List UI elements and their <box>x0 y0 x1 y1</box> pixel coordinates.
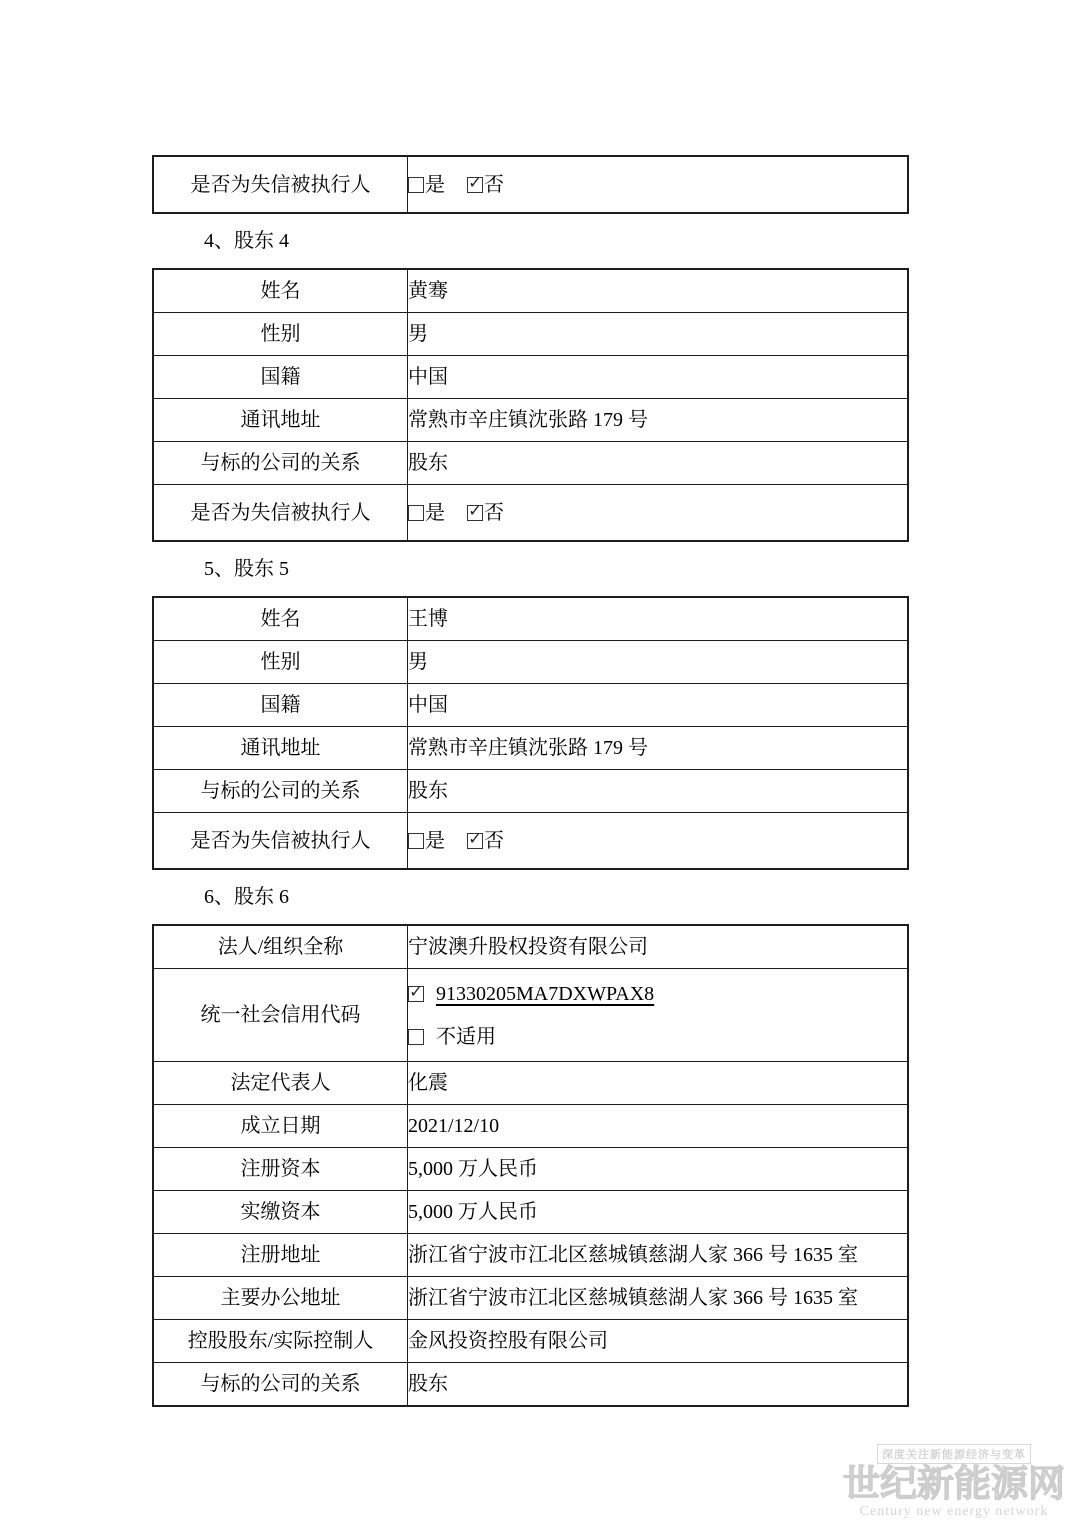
row-value: 男 <box>408 313 909 356</box>
row-label: 实缴资本 <box>153 1191 408 1234</box>
table-row: 主要办公地址浙江省宁波市江北区慈城镇慈湖人家 366 号 1635 室 <box>153 1277 908 1320</box>
row-label: 性别 <box>153 313 408 356</box>
row-label: 成立日期 <box>153 1105 408 1148</box>
row-label: 姓名 <box>153 269 408 313</box>
row-label: 与标的公司的关系 <box>153 442 408 485</box>
row-label: 姓名 <box>153 597 408 641</box>
row-value-text: 股东 <box>408 1373 448 1395</box>
watermark-subtitle: Century new energy network <box>840 1504 1068 1520</box>
row-value: 股东 <box>408 442 909 485</box>
row-label: 是否为失信被执行人 <box>153 813 408 870</box>
table-row: 是否为失信被执行人是否 <box>153 156 908 213</box>
document-content: 是否为失信被执行人是否 4、股东 4姓名黄骞性别男国籍中国通讯地址常熟市辛庄镇沈… <box>152 155 909 1407</box>
table-row: 注册地址浙江省宁波市江北区慈城镇慈湖人家 366 号 1635 室 <box>153 1234 908 1277</box>
shareholder-table: 法人/组织全称宁波澳升股权投资有限公司统一社会信用代码91330205MA7DX… <box>152 924 909 1407</box>
checkbox-option: 是 <box>408 828 445 854</box>
row-value-text: 男 <box>408 323 428 345</box>
checkbox-option: 否 <box>467 828 504 854</box>
row-value: 是否 <box>408 156 909 213</box>
row-label: 性别 <box>153 641 408 684</box>
row-label: 国籍 <box>153 356 408 399</box>
table-row: 实缴资本5,000 万人民币 <box>153 1191 908 1234</box>
row-value: 股东 <box>408 770 909 813</box>
row-value-text: 常熟市辛庄镇沈张路 179 号 <box>408 737 648 759</box>
table-row: 国籍中国 <box>153 356 908 399</box>
continued-table-body: 是否为失信被执行人是否 <box>153 156 908 213</box>
table-row: 与标的公司的关系股东 <box>153 442 908 485</box>
shareholder-table-body: 法人/组织全称宁波澳升股权投资有限公司统一社会信用代码91330205MA7DX… <box>153 925 908 1406</box>
checkbox-option-lines: 91330205MA7DXWPAX8不适用 <box>408 975 907 1056</box>
row-label: 统一社会信用代码 <box>153 969 408 1062</box>
row-label: 与标的公司的关系 <box>153 770 408 813</box>
row-value-text: 常熟市辛庄镇沈张路 179 号 <box>408 409 648 431</box>
checkbox-option: 是 <box>408 500 445 526</box>
checkbox-checked-icon <box>467 177 483 193</box>
watermark: 深度关注新能源经济与变革 世纪新能源网 Century new energy n… <box>840 1444 1068 1520</box>
row-value-text: 男 <box>408 651 428 673</box>
checkbox-option: 否 <box>467 172 504 198</box>
row-value: 2021/12/10 <box>408 1105 909 1148</box>
table-row: 控股股东/实际控制人金风投资控股有限公司 <box>153 1320 908 1363</box>
checkbox-unchecked-icon <box>408 833 424 849</box>
row-label: 通讯地址 <box>153 399 408 442</box>
table-row: 性别男 <box>153 313 908 356</box>
table-row: 与标的公司的关系股东 <box>153 1363 908 1407</box>
row-value-text: 金风投资控股有限公司 <box>408 1330 608 1352</box>
watermark-title: 世纪新能源网 <box>840 1466 1068 1504</box>
checkbox-option: 否 <box>467 500 504 526</box>
row-value-text: 2021/12/10 <box>408 1115 499 1137</box>
checkbox-option-label: 否 <box>484 500 504 526</box>
shareholder-table-body: 姓名王博性别男国籍中国通讯地址常熟市辛庄镇沈张路 179 号与标的公司的关系股东… <box>153 597 908 869</box>
row-value-text: 5,000 万人民币 <box>408 1158 538 1180</box>
shareholder-table: 姓名王博性别男国籍中国通讯地址常熟市辛庄镇沈张路 179 号与标的公司的关系股东… <box>152 596 909 870</box>
row-value: 是否 <box>408 485 909 542</box>
checkbox-unchecked-icon <box>408 505 424 521</box>
checkbox-options: 是否 <box>408 172 907 198</box>
checkbox-option-label: 否 <box>484 828 504 854</box>
row-value: 浙江省宁波市江北区慈城镇慈湖人家 366 号 1635 室 <box>408 1234 909 1277</box>
table-row: 与标的公司的关系股东 <box>153 770 908 813</box>
checkbox-option-line: 不适用 <box>408 1024 907 1050</box>
row-value: 股东 <box>408 1363 909 1407</box>
row-label: 是否为失信被执行人 <box>153 156 408 213</box>
row-value-text: 浙江省宁波市江北区慈城镇慈湖人家 366 号 1635 室 <box>408 1287 858 1309</box>
checkbox-checked-icon <box>408 986 424 1002</box>
checkbox-option-label: 否 <box>484 172 504 198</box>
row-value-text: 黄骞 <box>408 280 448 302</box>
watermark-tagline: 深度关注新能源经济与变革 <box>877 1444 1031 1464</box>
row-value-text: 中国 <box>408 366 448 388</box>
sections-container: 4、股东 4姓名黄骞性别男国籍中国通讯地址常熟市辛庄镇沈张路 179 号与标的公… <box>152 229 909 1407</box>
row-label: 国籍 <box>153 684 408 727</box>
table-row: 注册资本5,000 万人民币 <box>153 1148 908 1191</box>
row-label: 注册地址 <box>153 1234 408 1277</box>
checkbox-option: 是 <box>408 172 445 198</box>
row-label: 注册资本 <box>153 1148 408 1191</box>
document-page: 是否为失信被执行人是否 4、股东 4姓名黄骞性别男国籍中国通讯地址常熟市辛庄镇沈… <box>0 0 1080 1524</box>
row-value: 中国 <box>408 356 909 399</box>
table-row: 是否为失信被执行人是否 <box>153 485 908 542</box>
row-value-text: 股东 <box>408 780 448 802</box>
checkbox-checked-icon <box>467 833 483 849</box>
row-value-text: 王博 <box>408 608 448 630</box>
table-row: 性别男 <box>153 641 908 684</box>
row-value: 黄骞 <box>408 269 909 313</box>
row-value-text: 宁波澳升股权投资有限公司 <box>408 936 648 958</box>
row-label: 通讯地址 <box>153 727 408 770</box>
row-label: 是否为失信被执行人 <box>153 485 408 542</box>
checkbox-option-label: 不适用 <box>436 1024 496 1050</box>
row-value: 91330205MA7DXWPAX8不适用 <box>408 969 909 1062</box>
continued-shareholder-table: 是否为失信被执行人是否 <box>152 155 909 214</box>
table-row: 姓名王博 <box>153 597 908 641</box>
row-label: 法人/组织全称 <box>153 925 408 969</box>
checkbox-option-label: 是 <box>425 500 445 526</box>
table-row: 法定代表人化震 <box>153 1062 908 1105</box>
checkbox-unchecked-icon <box>408 1029 424 1045</box>
checkbox-option-line: 91330205MA7DXWPAX8 <box>408 981 907 1007</box>
row-label: 与标的公司的关系 <box>153 1363 408 1407</box>
credit-code-value: 91330205MA7DXWPAX8 <box>436 981 654 1007</box>
row-value: 宁波澳升股权投资有限公司 <box>408 925 909 969</box>
row-value: 男 <box>408 641 909 684</box>
checkbox-unchecked-icon <box>408 177 424 193</box>
checkbox-options: 是否 <box>408 828 907 854</box>
table-row: 通讯地址常熟市辛庄镇沈张路 179 号 <box>153 727 908 770</box>
table-row: 成立日期2021/12/10 <box>153 1105 908 1148</box>
checkbox-option-label: 是 <box>425 828 445 854</box>
row-value-text: 股东 <box>408 452 448 474</box>
shareholder-table-body: 姓名黄骞性别男国籍中国通讯地址常熟市辛庄镇沈张路 179 号与标的公司的关系股东… <box>153 269 908 541</box>
checkbox-checked-icon <box>467 505 483 521</box>
row-value: 化震 <box>408 1062 909 1105</box>
section-heading: 5、股东 5 <box>204 557 909 581</box>
row-value-text: 中国 <box>408 694 448 716</box>
row-value-text: 化震 <box>408 1072 448 1094</box>
row-value-text: 浙江省宁波市江北区慈城镇慈湖人家 366 号 1635 室 <box>408 1244 858 1266</box>
row-label: 控股股东/实际控制人 <box>153 1320 408 1363</box>
table-row: 是否为失信被执行人是否 <box>153 813 908 870</box>
row-value: 金风投资控股有限公司 <box>408 1320 909 1363</box>
table-row: 通讯地址常熟市辛庄镇沈张路 179 号 <box>153 399 908 442</box>
table-row: 统一社会信用代码91330205MA7DXWPAX8不适用 <box>153 969 908 1062</box>
row-label: 法定代表人 <box>153 1062 408 1105</box>
row-value: 常熟市辛庄镇沈张路 179 号 <box>408 727 909 770</box>
section-heading: 6、股东 6 <box>204 885 909 909</box>
row-value: 5,000 万人民币 <box>408 1148 909 1191</box>
row-label: 主要办公地址 <box>153 1277 408 1320</box>
section-heading: 4、股东 4 <box>204 229 909 253</box>
row-value: 王博 <box>408 597 909 641</box>
row-value: 是否 <box>408 813 909 870</box>
table-row: 法人/组织全称宁波澳升股权投资有限公司 <box>153 925 908 969</box>
row-value-text: 5,000 万人民币 <box>408 1201 538 1223</box>
shareholder-table: 姓名黄骞性别男国籍中国通讯地址常熟市辛庄镇沈张路 179 号与标的公司的关系股东… <box>152 268 909 542</box>
row-value: 5,000 万人民币 <box>408 1191 909 1234</box>
row-value: 常熟市辛庄镇沈张路 179 号 <box>408 399 909 442</box>
checkbox-options: 是否 <box>408 500 907 526</box>
row-value: 中国 <box>408 684 909 727</box>
table-row: 国籍中国 <box>153 684 908 727</box>
table-row: 姓名黄骞 <box>153 269 908 313</box>
checkbox-option-label: 是 <box>425 172 445 198</box>
row-value: 浙江省宁波市江北区慈城镇慈湖人家 366 号 1635 室 <box>408 1277 909 1320</box>
